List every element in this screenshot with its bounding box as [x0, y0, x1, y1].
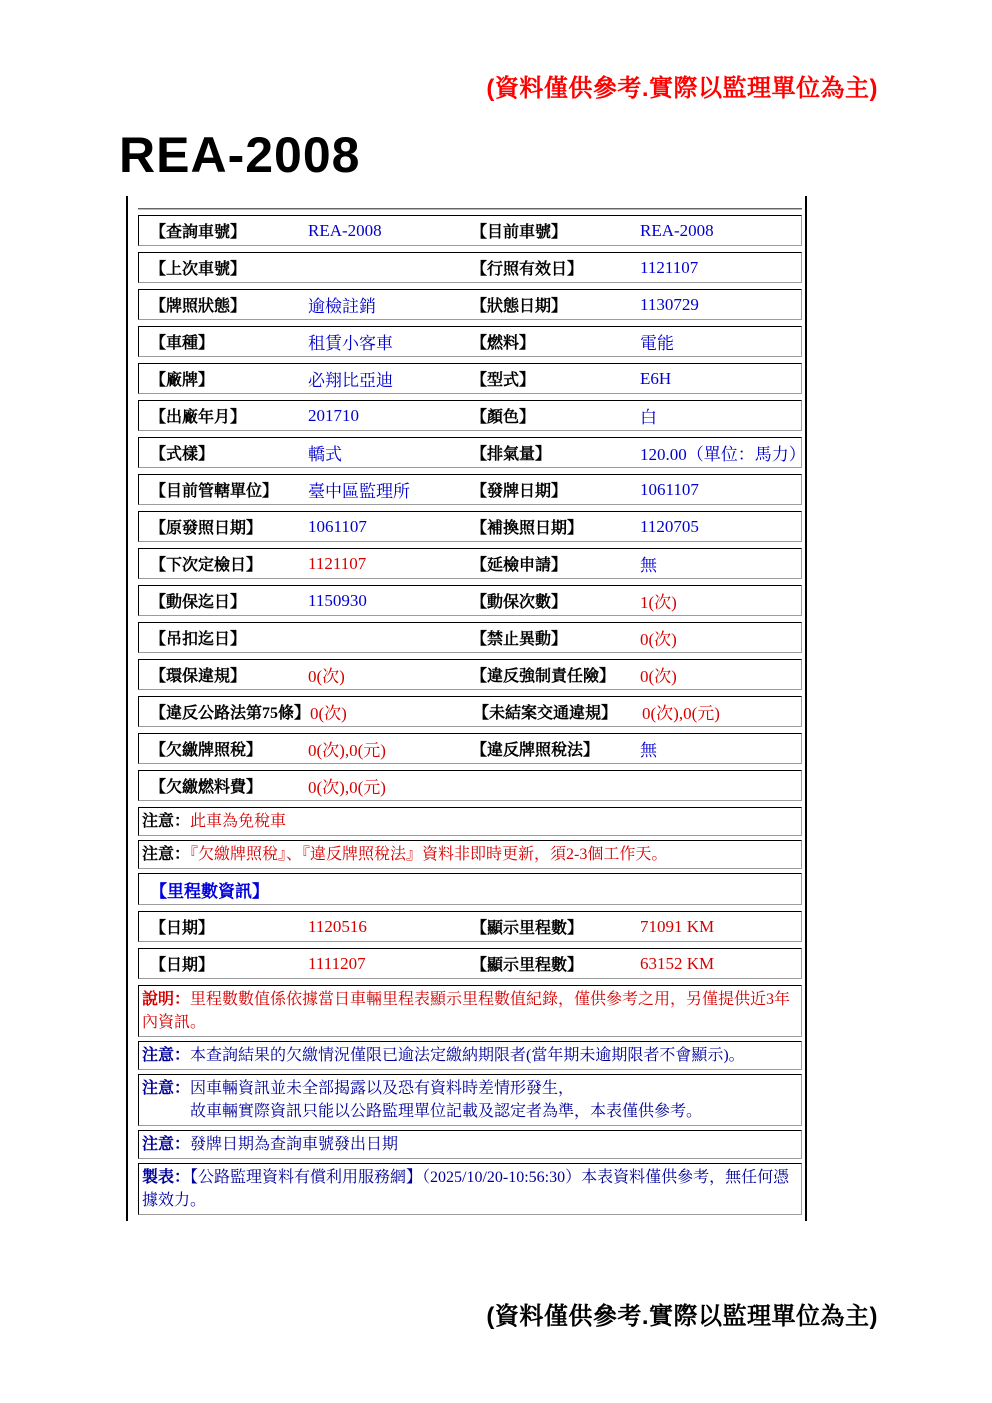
table-row: 【目前管轄單位】臺中區監理所【發牌日期】1061107 — [138, 474, 802, 505]
note-text: 里程數數值係依據當日車輛里程表顯示里程數值紀錄，僅供參考之用，另僅提供近3年內資… — [142, 991, 790, 1031]
field-label: 【顯示里程數】 — [471, 915, 640, 938]
field-label: 【出廠年月】 — [150, 404, 308, 427]
field-label: 【上次車號】 — [150, 256, 308, 279]
field-label: 【發牌日期】 — [471, 478, 640, 501]
field-value: 0(次) — [310, 699, 473, 724]
field-value: 臺中區監理所 — [308, 477, 471, 502]
field-label: 【欠繳牌照稅】 — [150, 737, 308, 760]
record-table: 【查詢車號】REA-2008【目前車號】REA-2008【上次車號】【行照有效日… — [126, 196, 807, 1221]
table-row: 【環保違規】0(次)【違反強制責任險】0(次) — [138, 659, 802, 690]
field-value: 63152 KM — [640, 954, 797, 974]
note-label: 注意： — [142, 1047, 190, 1064]
field-value: 1120705 — [640, 517, 797, 537]
note-text: 因車輛資訊並未全部揭露以及恐有資料時差情形發生， — [190, 1080, 574, 1097]
field-label: 【顏色】 — [471, 404, 640, 427]
table-row: 【車種】租賃小客車【燃料】電能 — [138, 326, 802, 357]
note-row: 製表：【公路監理資料有償利用服務網】（2025/10/20-10:56:30）本… — [138, 1163, 802, 1215]
field-label: 【欠繳燃料費】 — [150, 774, 308, 797]
section-header-row: 【里程數資訊】 — [138, 873, 802, 905]
note-text: 【公路監理資料有償利用服務網】（2025/10/20-10:56:30）本表資料… — [142, 1169, 789, 1209]
note-row: 注意：本查詢結果的欠繳情況僅限已逾法定繳納期限者(當年期未逾期限者不會顯示)。 — [138, 1041, 802, 1070]
field-label: 【未結案交通違規】 — [473, 700, 642, 723]
field-label: 【下次定檢日】 — [150, 552, 308, 575]
field-label: 【補換照日期】 — [471, 515, 640, 538]
note-text: 此車為免稅車 — [190, 813, 286, 830]
table-row: 【出廠年月】201710【顏色】白 — [138, 400, 802, 431]
note-label: 注意： — [142, 846, 190, 863]
field-label: 【排氣量】 — [471, 441, 640, 464]
section-title: 【里程數資訊】 — [150, 877, 269, 902]
field-label: 【違反公路法第75條】 — [150, 700, 310, 723]
table-row: 【違反公路法第75條】0(次)【未結案交通違規】0(次),0(元) — [138, 696, 802, 727]
field-value: 白 — [640, 403, 797, 428]
table-row: 【吊扣迄日】【禁止異動】0(次) — [138, 622, 802, 653]
field-value: 201710 — [308, 406, 471, 426]
field-value: 轎式 — [308, 440, 471, 465]
field-value: 1061107 — [308, 517, 471, 537]
field-value: 0(次) — [308, 662, 471, 687]
field-value: 無 — [640, 736, 797, 761]
clipped-row-edge — [138, 196, 802, 210]
field-value: 1111207 — [308, 954, 471, 974]
field-value: 無 — [640, 551, 797, 576]
field-value: 1121107 — [640, 258, 797, 278]
field-value: E6H — [640, 369, 797, 389]
field-value: 71091 KM — [640, 917, 797, 937]
field-value: 租賃小客車 — [308, 329, 471, 354]
field-value: 0(次),0(元) — [308, 773, 471, 798]
field-label: 【牌照狀態】 — [150, 293, 308, 316]
table-row: 【查詢車號】REA-2008【目前車號】REA-2008 — [138, 215, 802, 246]
field-value: 電能 — [640, 329, 797, 354]
note-text: 故車輛實際資訊只能以公路監理單位記載及認定者為準，本表僅供參考。 — [142, 1103, 702, 1120]
table-row: 【原發照日期】1061107【補換照日期】1120705 — [138, 511, 802, 542]
field-label: 【延檢申請】 — [471, 552, 640, 575]
note-row: 說明：里程數數值係依據當日車輛里程表顯示里程數值紀錄，僅供參考之用，另僅提供近3… — [138, 985, 802, 1037]
field-label: 【顯示里程數】 — [471, 952, 640, 975]
note-row: 注意：因車輛資訊並未全部揭露以及恐有資料時差情形發生， 故車輛實際資訊只能以公路… — [138, 1074, 802, 1126]
note-row: 注意：發牌日期為查詢車號發出日期 — [138, 1130, 802, 1159]
table-row: 【欠繳牌照稅】0(次),0(元)【違反牌照稅法】無 — [138, 733, 802, 764]
field-value: 0(次),0(元) — [308, 736, 471, 761]
note-text: 『欠繳牌照稅』、『違反牌照稅法』資料非即時更新，須2-3個工作天。 — [190, 846, 667, 863]
table-row: 【廠牌】必翔比亞迪【型式】E6H — [138, 363, 802, 394]
table-row: 【日期】1111207【顯示里程數】63152 KM — [138, 948, 802, 979]
bottom-disclaimer: (資料僅供參考.實際以監理單位為主) — [0, 1296, 878, 1331]
field-label: 【違反牌照稅法】 — [471, 737, 640, 760]
field-label: 【禁止異動】 — [471, 626, 640, 649]
table-row: 【下次定檢日】1121107【延檢申請】無 — [138, 548, 802, 579]
note-label: 製表： — [142, 1169, 190, 1186]
field-label: 【日期】 — [150, 915, 308, 938]
field-label: 【燃料】 — [471, 330, 640, 353]
field-label: 【車種】 — [150, 330, 308, 353]
note-row: 注意：『欠繳牌照稅』、『違反牌照稅法』資料非即時更新，須2-3個工作天。 — [138, 840, 802, 869]
note-label: 注意： — [142, 813, 190, 830]
field-value: 1130729 — [640, 295, 797, 315]
field-label: 【目前管轄單位】 — [150, 478, 308, 501]
note-row: 注意：此車為免稅車 — [138, 807, 802, 836]
field-label: 【查詢車號】 — [150, 219, 308, 242]
field-label: 【日期】 — [150, 952, 308, 975]
note-label: 說明： — [142, 991, 190, 1008]
table-rows: 【查詢車號】REA-2008【目前車號】REA-2008【上次車號】【行照有效日… — [138, 215, 802, 1215]
table-row: 【欠繳燃料費】0(次),0(元) — [138, 770, 802, 801]
field-value: 1061107 — [640, 480, 797, 500]
note-text: 發牌日期為查詢車號發出日期 — [190, 1136, 398, 1153]
table-row: 【上次車號】【行照有效日】1121107 — [138, 252, 802, 283]
field-label: 【動保次數】 — [471, 589, 640, 612]
field-value: REA-2008 — [640, 221, 797, 241]
field-label: 【吊扣迄日】 — [150, 626, 308, 649]
field-value: REA-2008 — [308, 221, 471, 241]
field-value: 0(次) — [640, 662, 797, 687]
field-label: 【廠牌】 — [150, 367, 308, 390]
field-label: 【原發照日期】 — [150, 515, 308, 538]
field-value: 必翔比亞迪 — [308, 366, 471, 391]
field-value: 0(次),0(元) — [642, 699, 797, 724]
field-value: 0(次) — [640, 625, 797, 650]
note-text: 本查詢結果的欠繳情況僅限已逾法定繳納期限者(當年期未逾期限者不會顯示)。 — [190, 1047, 745, 1064]
note-label: 注意： — [142, 1136, 190, 1153]
field-value: 1(次) — [640, 588, 797, 613]
table-row: 【動保迄日】1150930【動保次數】1(次) — [138, 585, 802, 616]
field-value: 1150930 — [308, 591, 471, 611]
field-label: 【違反強制責任險】 — [471, 663, 640, 686]
top-disclaimer: (資料僅供參考.實際以監理單位為主) — [0, 68, 878, 103]
note-label: 注意： — [142, 1080, 190, 1097]
field-label: 【行照有效日】 — [471, 256, 640, 279]
field-label: 【式樣】 — [150, 441, 308, 464]
field-label: 【狀態日期】 — [471, 293, 640, 316]
field-value: 1120516 — [308, 917, 471, 937]
table-row: 【牌照狀態】逾檢註銷【狀態日期】1130729 — [138, 289, 802, 320]
page-title: REA-2008 — [119, 126, 360, 184]
field-label: 【目前車號】 — [471, 219, 640, 242]
field-value: 1121107 — [308, 554, 471, 574]
field-label: 【型式】 — [471, 367, 640, 390]
table-row: 【日期】1120516【顯示里程數】71091 KM — [138, 911, 802, 942]
table-row: 【式樣】轎式【排氣量】120.00（單位：馬力） — [138, 437, 802, 468]
field-label: 【環保違規】 — [150, 663, 308, 686]
field-label: 【動保迄日】 — [150, 589, 308, 612]
field-value: 120.00（單位：馬力） — [640, 440, 806, 465]
field-value: 逾檢註銷 — [308, 292, 471, 317]
